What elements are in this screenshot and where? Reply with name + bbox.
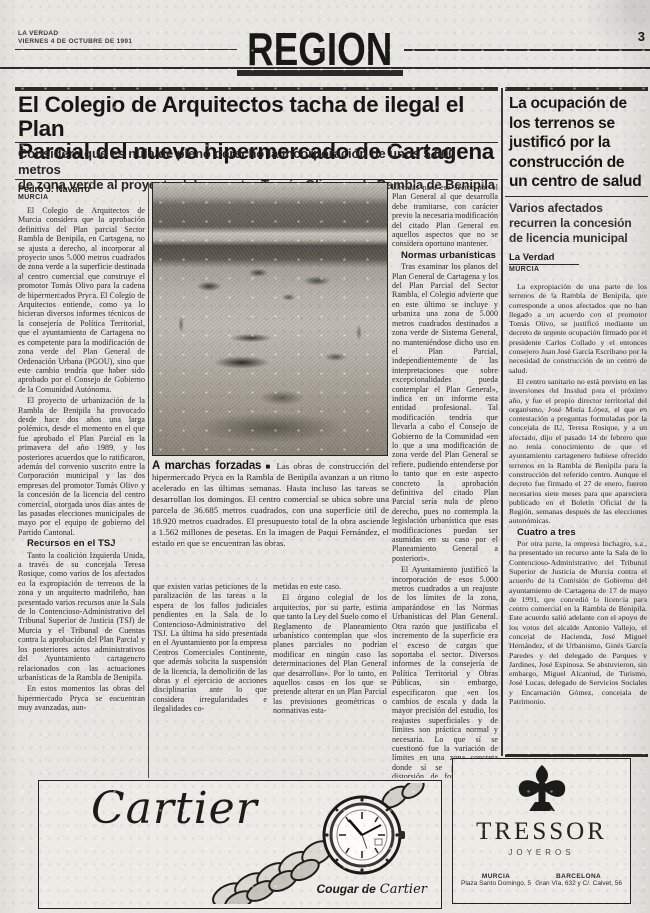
column-subhead: Recursos en el TSJ xyxy=(18,539,145,548)
paragraph: El Ayuntamiento justificó la incorporaci… xyxy=(392,565,498,778)
main-byline-block: Pedro J. Navarro MURCIA xyxy=(18,184,90,201)
tressor-tagline: JOYEROS xyxy=(453,848,630,857)
paragraph: blecidas para ese sector por el Plan Gen… xyxy=(392,183,498,249)
main-sidebar-divider xyxy=(501,88,503,756)
product-brand: Cartier xyxy=(380,882,427,897)
body-column-1: El Colegio de Arquitectos de Murcia cons… xyxy=(18,206,145,778)
sidebar-subhead: Cuatro a tres xyxy=(509,528,647,537)
paragraph: metidas en este caso. xyxy=(273,582,387,591)
cartier-ad: Cartier xyxy=(38,780,442,909)
paragraph: El Colegio de Arquitectos de Murcia cons… xyxy=(18,206,145,394)
column-subhead: Normas urbanísticas xyxy=(392,251,498,260)
sidebar-byline-rule xyxy=(509,264,579,265)
tressor-ad: TRESSOR JOYEROS MURCIA Plaza Santo Domin… xyxy=(452,758,631,904)
tressor-location-city: MURCIA xyxy=(461,873,531,880)
newspaper-page: LA VERDAD VIERNES 4 DE OCTUBRE DE 1991 R… xyxy=(0,0,650,913)
deck-divider xyxy=(15,179,498,180)
tressor-locations: MURCIA Plaza Santo Domingo, 5 BARCELONA … xyxy=(453,873,630,887)
masthead-rule-left xyxy=(15,49,237,50)
caption-text: Las obras de construcción del hipermerca… xyxy=(152,461,389,548)
tressor-logo-icon xyxy=(515,765,569,813)
column-rule-1 xyxy=(148,183,149,778)
headline-divider xyxy=(15,142,498,143)
page-number: 3 xyxy=(638,29,645,44)
tressor-location-address: Plaza Santo Domingo, 5 xyxy=(461,880,531,887)
masthead: LA VERDAD VIERNES 4 DE OCTUBRE DE 1991 xyxy=(18,30,132,46)
body-column-2: que existen varias peticiones de la para… xyxy=(153,582,267,778)
photo-caption: A marchas forzadas ■ Las obras de constr… xyxy=(152,461,389,549)
paper-name: LA VERDAD xyxy=(18,30,132,38)
caption-lead: A marchas forzadas xyxy=(152,460,261,472)
sidebar-paragraph: El centro sanitario no está previsto en … xyxy=(509,377,647,526)
sidebar-dateline: MURCIA xyxy=(509,266,646,273)
deck-line1: Considera que es nula de pleno derecho l… xyxy=(18,146,498,177)
paragraph: Tanto la coalición Izquierda Unida, a tr… xyxy=(18,551,145,683)
sidebar-bottom-bar xyxy=(505,754,648,757)
tressor-location-city: BARCELONA xyxy=(535,873,622,880)
sidebar-top-bar xyxy=(505,87,648,91)
paragraph: que existen varias peticiones de la para… xyxy=(153,582,267,714)
cartier-product-name: Cougar de Cartier xyxy=(316,880,427,898)
issue-date: VIERNES 4 DE OCTUBRE DE 1991 xyxy=(18,38,132,46)
product-prefix: Cougar de xyxy=(316,882,375,896)
sidebar-deck: Varios afectados recurren la concesión d… xyxy=(509,201,646,246)
body-column-3: metidas en este caso. El órgano colegial… xyxy=(273,582,387,778)
tressor-location: BARCELONA Gran Vía, 632 y C/. Calvet, 56 xyxy=(535,873,622,887)
headline-line1: El Colegio de Arquitectos tacha de ilega… xyxy=(18,93,500,140)
sidebar-paragraph: Por otra parte, la empresa Inchagro, s.a… xyxy=(509,539,647,706)
caption-marker-icon: ■ xyxy=(265,462,272,471)
sidebar-paragraph: La expropiación de una parte de los terr… xyxy=(509,282,647,375)
paragraph: Tras examinar los planos del Plan Genera… xyxy=(392,262,498,563)
masthead-rule-right xyxy=(404,49,650,51)
paragraph: El órgano colegial de los arquitectos, p… xyxy=(273,593,387,715)
sidebar-body: La expropiación de una parte de los terr… xyxy=(509,282,647,752)
tressor-brand: TRESSOR xyxy=(453,818,630,846)
dateline: MURCIA xyxy=(18,194,90,201)
byline: Pedro J. Navarro xyxy=(18,184,90,194)
sidebar-headline-divider xyxy=(505,196,648,197)
tressor-location-address: Gran Vía, 632 y C/. Calvet, 56 xyxy=(535,880,622,887)
main-top-bar xyxy=(15,87,498,91)
sidebar-byline: La Verdad xyxy=(509,252,646,263)
construction-photo xyxy=(152,182,388,456)
body-column-4: blecidas para ese sector por el Plan Gen… xyxy=(392,183,498,778)
masthead-rule-full xyxy=(0,67,650,69)
paragraph: En estos momentos las obras del hipermer… xyxy=(18,684,145,712)
section-underline-bar xyxy=(237,70,403,76)
sidebar-byline-block: La Verdad MURCIA xyxy=(509,252,646,273)
paragraph: El proyecto de urbanización de la Rambla… xyxy=(18,396,145,537)
tressor-location: MURCIA Plaza Santo Domingo, 5 xyxy=(461,873,531,887)
sidebar-headline: La ocupación de los terrenos se justific… xyxy=(509,94,646,192)
